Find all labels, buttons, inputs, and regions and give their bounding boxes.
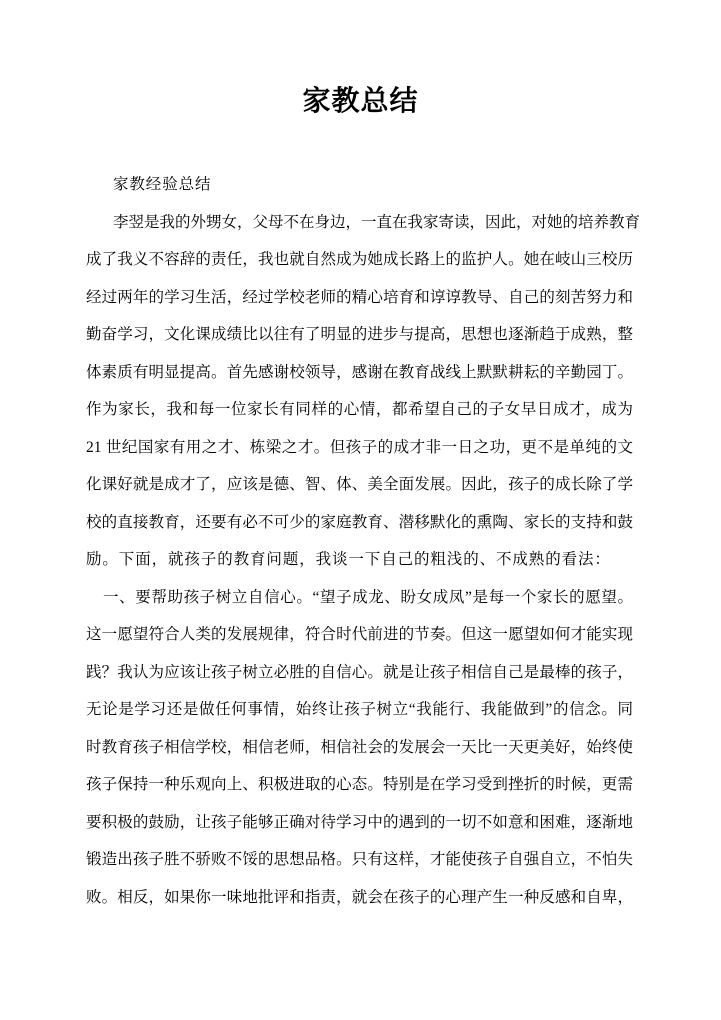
body-line: 要积极的鼓励，让孩子能够正确对待学习中的遇到的一切不如意和困难，逐渐地 (86, 804, 633, 842)
body-line: 21 世纪国家有用之才、栋梁之才。但孩子的成才非一日之功，更不是单纯的文 (86, 429, 633, 467)
body-line: 时教育孩子相信学校，相信老师，相信社会的发展会一天比一天更美好，始终使 (86, 729, 633, 767)
body-line: 无论是学习还是做任何事情，始终让孩子树立“我能行、我能做到”的信念。同 (86, 691, 633, 729)
body-line: 践？我认为应该让孩子树立必胜的自信心。就是让孩子相信自己是最棒的孩子， (86, 654, 633, 692)
body-line: 成了我义不容辞的责任，我也就自然成为她成长路上的监护人。她在岐山三校历 (86, 241, 633, 279)
body-line: 孩子保持一种乐观向上、积极进取的心态。特别是在学习受到挫折的时候，更需 (86, 766, 633, 804)
body-line: 化课好就是成才了，应该是德、智、体、美全面发展。因此，孩子的成长除了学 (86, 466, 633, 504)
body-line: 这一愿望符合人类的发展规律，符合时代前进的节奏。但这一愿望如何才能实现 (86, 616, 633, 654)
body-line: 一、要帮助孩子树立自信心。“望子成龙、盼女成凤”是每一个家长的愿望。 (86, 579, 633, 617)
document-body: 家教经验总结 李翌是我的外甥女，父母不在身边，一直在我家寄读，因此，对她的培养教… (86, 166, 633, 916)
body-line: 经过两年的学习生活，经过学校老师的精心培育和谆谆教导、自己的刻苦努力和 (86, 279, 633, 317)
body-line: 锻造出孩子胜不骄败不馁的思想品格。只有这样，才能使孩子自强自立，不怕失 (86, 841, 633, 879)
document-page: 家教总结 家教经验总结 李翌是我的外甥女，父母不在身边，一直在我家寄读，因此，对… (0, 0, 721, 1020)
body-line: 李翌是我的外甥女，父母不在身边，一直在我家寄读，因此，对她的培养教育 (86, 204, 633, 242)
subheading-line: 家教经验总结 (86, 166, 633, 204)
body-line: 体素质有明显提高。首先感谢校领导，感谢在教育战线上默默耕耘的辛勤园丁。 (86, 354, 633, 392)
page-title: 家教总结 (0, 82, 721, 122)
body-line: 勤奋学习，文化课成绩比以往有了明显的进步与提高，思想也逐渐趋于成熟，整 (86, 316, 633, 354)
body-line: 校的直接教育，还要有必不可少的家庭教育、潜移默化的熏陶、家长的支持和鼓 (86, 504, 633, 542)
body-line: 败。相反，如果你一味地批评和指责，就会在孩子的心理产生一种反感和自卑， (86, 879, 633, 917)
body-line: 作为家长，我和每一位家长有同样的心情，都希望自己的子女早日成才，成为 (86, 391, 633, 429)
body-line: 励。下面，就孩子的教育问题，我谈一下自己的粗浅的、不成熟的看法： (86, 541, 633, 579)
